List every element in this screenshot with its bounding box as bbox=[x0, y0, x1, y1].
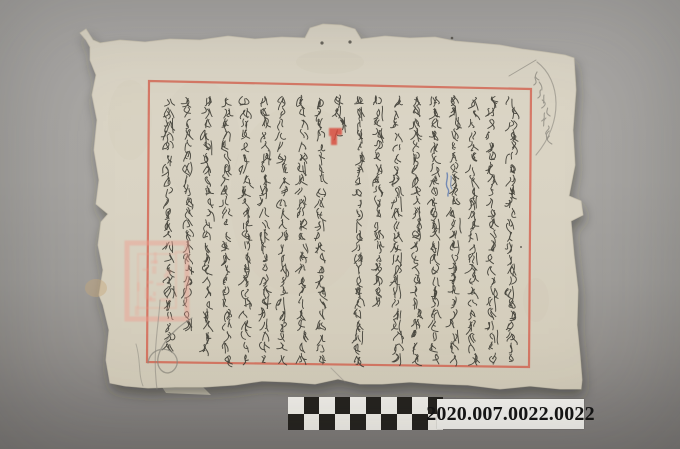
scale-bar-cell bbox=[412, 414, 428, 431]
scale-bar-cell bbox=[288, 397, 304, 414]
scale-bar-cell bbox=[319, 397, 335, 414]
scale-bar-cell bbox=[350, 414, 366, 431]
scale-bar-cell bbox=[350, 397, 366, 414]
scale-bar-cell bbox=[366, 397, 382, 414]
paper-speck bbox=[451, 37, 454, 40]
document-paper bbox=[80, 24, 583, 389]
scale-bar-cell bbox=[397, 397, 413, 414]
document-photo-canvas bbox=[0, 0, 680, 449]
photo-background: 2020.007.0022.0022 bbox=[0, 0, 680, 449]
paper-speck bbox=[348, 40, 351, 43]
catalog-number: 2020.007.0022.0022 bbox=[426, 403, 595, 426]
catalog-number-label: 2020.007.0022.0022 bbox=[437, 399, 584, 429]
scale-bar-cell bbox=[381, 414, 397, 431]
scale-bar-cell bbox=[335, 397, 351, 414]
scale-bar-cell bbox=[366, 414, 382, 431]
photo-scale-bar bbox=[288, 397, 443, 430]
paper-speck bbox=[520, 246, 522, 248]
scale-bar-cell bbox=[381, 397, 397, 414]
scale-bar-cell bbox=[412, 397, 428, 414]
paper-speck bbox=[320, 41, 323, 44]
scale-bar-cell bbox=[304, 397, 320, 414]
scale-bar-cell bbox=[304, 414, 320, 431]
scale-bar-cell bbox=[288, 414, 304, 431]
tan-stain bbox=[85, 279, 107, 297]
scale-bar-cell bbox=[319, 414, 335, 431]
scale-bar-cell bbox=[397, 414, 413, 431]
scale-bar-cell bbox=[335, 414, 351, 431]
